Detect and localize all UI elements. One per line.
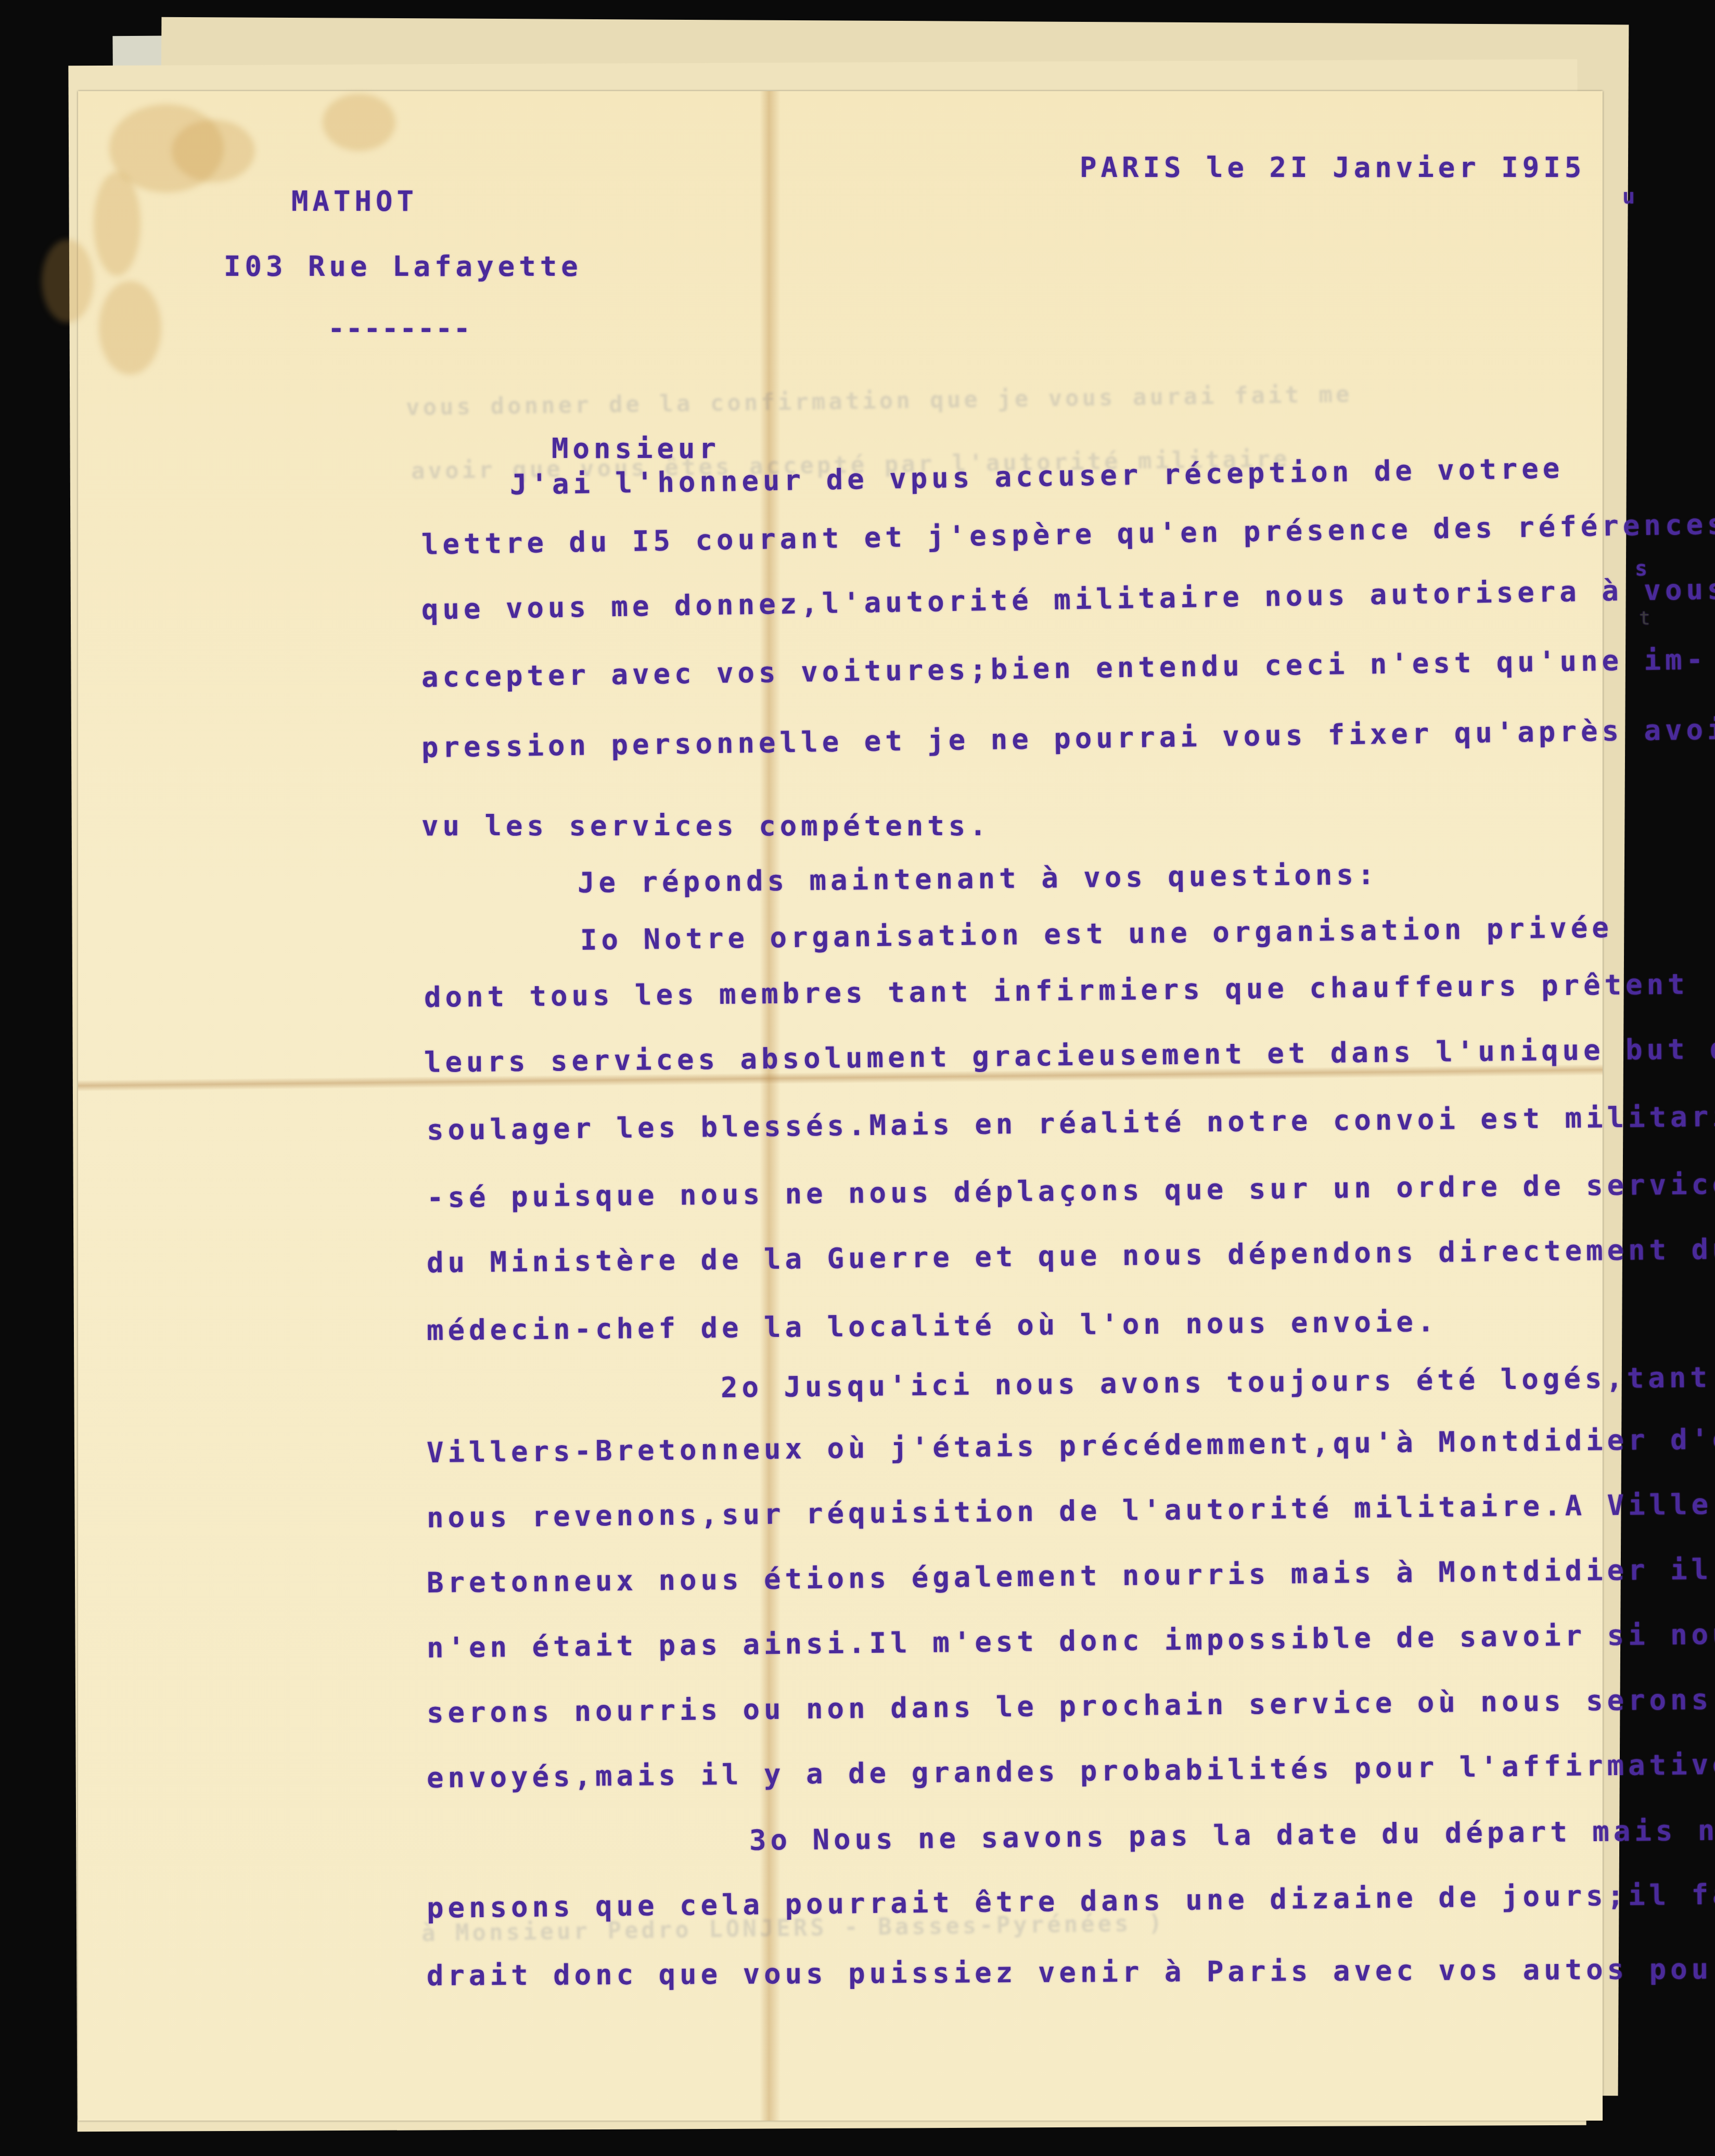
stain [323, 94, 395, 151]
sender-name: MATHOT [291, 185, 418, 218]
stain [172, 120, 255, 182]
salutation: Monsieur [552, 432, 720, 465]
margin-mark: u [1622, 185, 1639, 209]
letter-line: drait donc que vous puissiez venir à Par… [427, 1953, 1715, 1992]
margin-mark: s [1635, 557, 1652, 581]
stain [42, 239, 94, 323]
date-line: PARIS le 2I Janvier I9I5 [1080, 151, 1585, 184]
margin-mark: t [1639, 608, 1655, 629]
sender-separator: -------- [328, 312, 471, 345]
stain [94, 172, 140, 276]
letter-line: vu les services compétents. [421, 809, 991, 842]
sender-address: I03 Rue Lafayette [224, 250, 582, 283]
stain [99, 281, 161, 375]
